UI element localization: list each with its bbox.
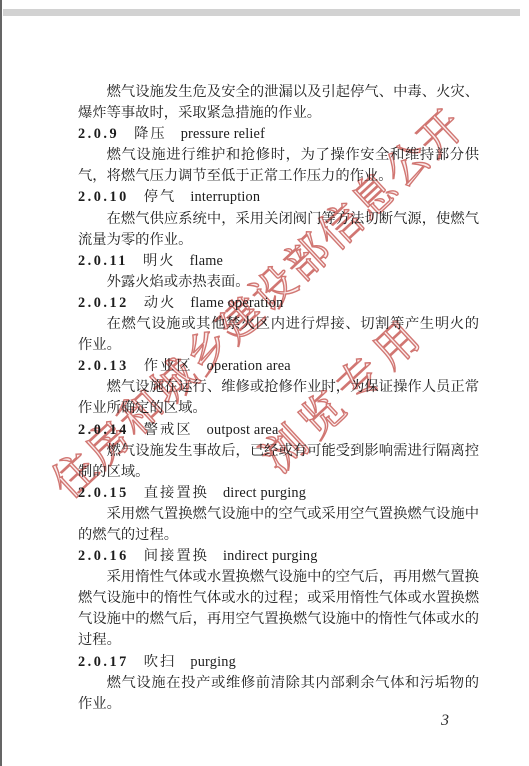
definition-term-en: operation area bbox=[207, 358, 291, 374]
definition-term-en: purging bbox=[190, 654, 236, 670]
document-page: 住房和城乡建设部信息公开 浏览专用 燃气设施发生危及安全的泄漏以及引起停气、中毒… bbox=[0, 0, 529, 766]
body-text-line: 燃气设施在投产或维修前清除其内部剩余气体和污垢物的 bbox=[78, 673, 479, 694]
scan-artifact-left-edge bbox=[0, 0, 2, 766]
definition-number: 2.0.11 bbox=[78, 253, 128, 269]
definition-heading: 2.0.13作业区operation area bbox=[78, 356, 479, 377]
definition-term-en: outpost area bbox=[207, 422, 279, 438]
definition-term-en: indirect purging bbox=[223, 548, 318, 564]
definition-number: 2.0.10 bbox=[78, 189, 129, 205]
definition-heading: 2.0.17吹扫purging bbox=[78, 652, 479, 673]
definition-term-en: flame bbox=[190, 253, 224, 269]
body-text-line: 作业所确定的区域。 bbox=[78, 398, 479, 419]
body-text-line: 作业。 bbox=[78, 694, 479, 715]
definition-number: 2.0.15 bbox=[78, 485, 129, 501]
definition-number: 2.0.13 bbox=[78, 358, 129, 374]
definition-term-zh: 作业区 bbox=[144, 358, 193, 374]
body-text-line: 采用燃气置换燃气设施中的空气或采用空气置换燃气设施中 bbox=[78, 504, 479, 525]
definition-term-zh: 吹扫 bbox=[144, 654, 177, 670]
definition-term-en: direct purging bbox=[223, 485, 306, 501]
definition-heading: 2.0.14警戒区outpost area bbox=[78, 420, 479, 441]
body-text-line: 爆炸等事故时，采取紧急措施的作业。 bbox=[78, 103, 479, 124]
body-text-line: 外露火焰或赤热表面。 bbox=[78, 272, 479, 293]
definition-term-zh: 直接置换 bbox=[144, 485, 209, 501]
definition-term-zh: 明火 bbox=[143, 253, 176, 269]
body-text-line: 在燃气设施或其他禁火区内进行焊接、切割等产生明火的 bbox=[78, 314, 479, 335]
definition-term-zh: 警戒区 bbox=[144, 422, 193, 438]
definition-term-zh: 停气 bbox=[144, 189, 177, 205]
definition-heading: 2.0.10停气interruption bbox=[78, 187, 479, 208]
body-text-line: 的燃气的过程。 bbox=[78, 525, 479, 546]
body-text-line: 气设施中的燃气后，再用空气置换燃气设施中的惰性气体或水的 bbox=[78, 609, 479, 630]
body-text-line: 作业。 bbox=[78, 335, 479, 356]
definition-term-en: interruption bbox=[190, 189, 260, 205]
body-text-line: 燃气设施进行维护和抢修时，为了操作安全和维持部分供 bbox=[78, 145, 479, 166]
scan-artifact-top-bar bbox=[3, 9, 520, 16]
definition-heading: 2.0.12动火flame operation bbox=[78, 293, 479, 314]
body-text-line: 过程。 bbox=[78, 630, 479, 651]
body-text-line: 在燃气供应系统中，采用关闭阀门等方法切断气源，使燃气 bbox=[78, 209, 479, 230]
body-text-line: 制的区域。 bbox=[78, 462, 479, 483]
definition-term-zh: 降压 bbox=[134, 126, 167, 142]
body-text-line: 燃气设施发生事故后，已经或有可能受到影响需进行隔离控 bbox=[78, 441, 479, 462]
body-text-line: 流量为零的作业。 bbox=[78, 230, 479, 251]
page-number: 3 bbox=[441, 712, 449, 730]
definition-number: 2.0.9 bbox=[78, 126, 119, 142]
body-text-line: 燃气设施发生危及安全的泄漏以及引起停气、中毒、火灾、 bbox=[78, 82, 479, 103]
body-text-line: 燃气设施在运行、维修或抢修作业时，为保证操作人员正常 bbox=[78, 377, 479, 398]
definition-number: 2.0.14 bbox=[78, 422, 129, 438]
definition-term-zh: 动火 bbox=[144, 295, 177, 311]
definition-heading: 2.0.9降压pressure relief bbox=[78, 124, 479, 145]
definition-term-zh: 间接置换 bbox=[144, 548, 209, 564]
definition-heading: 2.0.11明火flame bbox=[78, 251, 479, 272]
terms-definitions-section: 燃气设施发生危及安全的泄漏以及引起停气、中毒、火灾、爆炸等事故时，采取紧急措施的… bbox=[78, 82, 479, 715]
definition-heading: 2.0.15直接置换direct purging bbox=[78, 483, 479, 504]
body-text-line: 燃气设施中的惰性气体或水的过程；或采用惰性气体或水置换燃 bbox=[78, 588, 479, 609]
definition-number: 2.0.12 bbox=[78, 295, 129, 311]
definition-term-en: pressure relief bbox=[181, 126, 265, 142]
body-text-line: 气，将燃气压力调节至低于正常工作压力的作业。 bbox=[78, 166, 479, 187]
definition-number: 2.0.17 bbox=[78, 654, 129, 670]
definition-term-en: flame operation bbox=[190, 295, 283, 311]
definition-heading: 2.0.16间接置换indirect purging bbox=[78, 546, 479, 567]
body-text-line: 采用惰性气体或水置换燃气设施中的空气后，再用燃气置换 bbox=[78, 567, 479, 588]
definition-number: 2.0.16 bbox=[78, 548, 129, 564]
